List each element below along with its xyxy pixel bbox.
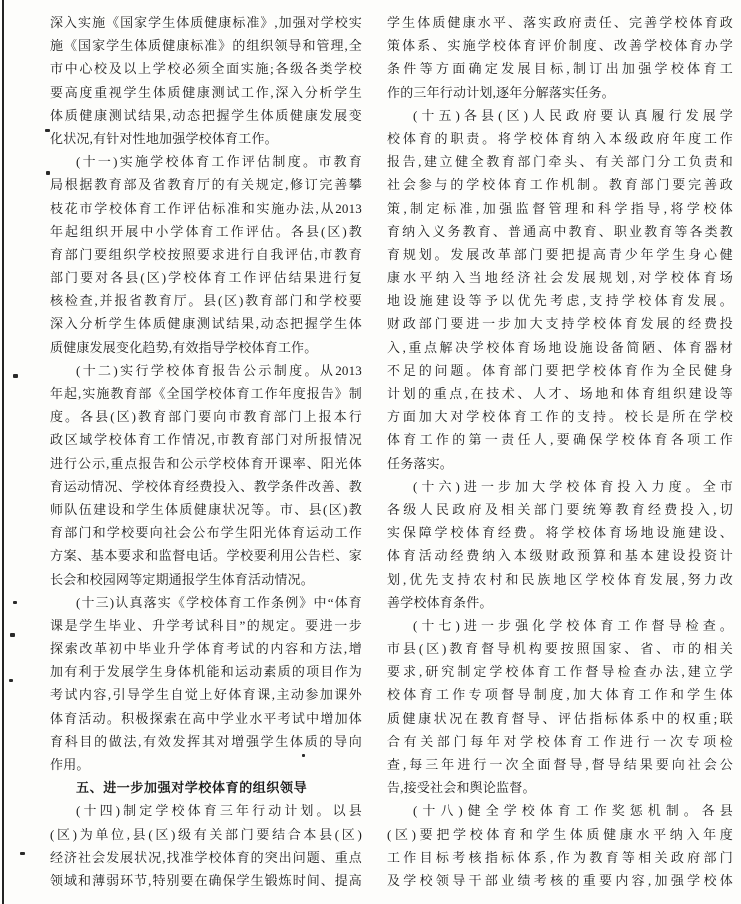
text-column-left: 深入实施《国家学生体质健康标准》,加强对学校实施《国家学生体质健康标准》的组织领… bbox=[50, 11, 362, 892]
text-line: 长会和校园网等定期通报学生体育活动情况。 bbox=[50, 568, 362, 591]
text-line: 要求,研究制定学校体育工作督导检查办法,建立学 bbox=[387, 660, 733, 683]
text-line: 育纳入义务教育、普通高中教育、职业教育等各类教 bbox=[387, 220, 733, 243]
text-line: 作的三年行动计划,逐年分解落实任务。 bbox=[387, 81, 733, 104]
text-line: 财政部门要进一步加大支持学校体育发展的经费投 bbox=[387, 312, 733, 335]
text-line: 深入实施《国家学生体质健康标准》,加强对学校实 bbox=[50, 11, 362, 34]
text-line: 工作目标考核指标体系,作为教育等相关政府部门 bbox=[387, 846, 733, 869]
text-line: 体质健康测试结果,动态把握学生体质健康发展变 bbox=[50, 104, 362, 127]
text-column-right: 学生体质健康水平、落实政府责任、完善学校体育政策体系、实施学校体育评价制度、改善… bbox=[387, 11, 733, 892]
scan-speck-artifact bbox=[302, 754, 305, 757]
text-line: 体育工作的第一责任人,要确保学校体育各项工作 bbox=[387, 428, 733, 451]
text-line: 合有关部门每年对学校体育工作进行一次专项检 bbox=[387, 730, 733, 753]
scan-speck-artifact bbox=[45, 129, 50, 132]
text-line: 体育活动。积极探索在高中学业水平考试中增加体 bbox=[50, 707, 362, 730]
text-line: 各级人民政府及相关部门要统筹教育经费投入,切 bbox=[387, 498, 733, 521]
scan-speck-artifact bbox=[13, 601, 17, 604]
text-line: (区)要把学校体育和学生体质健康水平纳入年度 bbox=[387, 823, 733, 846]
text-line: 师队伍建设和学生体质健康状况等。市、县(区)教 bbox=[50, 498, 362, 521]
text-line: 校体育的职责。将学校体育纳入本级政府年度工作 bbox=[387, 127, 733, 150]
text-line: 育部门和学校要向社会公布学生阳光体育运动工作 bbox=[50, 521, 362, 544]
text-line: 枝花市学校体育工作评估标准和实施办法,从2013 bbox=[50, 197, 362, 220]
text-line: 社会参与的学校体育工作机制。教育部门要完善政 bbox=[387, 173, 733, 196]
text-line: 化状况,有针对性地加强学校体育工作。 bbox=[50, 127, 362, 150]
text-line: (区)为单位,县(区)级有关部门要结合本县(区) bbox=[50, 823, 362, 846]
scan-speck-artifact bbox=[20, 852, 25, 855]
scan-speck-artifact bbox=[10, 633, 15, 637]
text-line: 质健康发展变化趋势,有效指导学校体育工作。 bbox=[50, 336, 362, 359]
scan-speck-artifact bbox=[9, 679, 13, 682]
text-line: (十一)实施学校体育工作评估制度。市教育 bbox=[50, 150, 362, 173]
text-line: 年起组织开展中小学体育工作评估。各县(区)教 bbox=[50, 220, 362, 243]
text-line: 探索改革初中毕业升学体育考试的内容和方法,增 bbox=[50, 637, 362, 660]
text-line: (十八)健全学校体育工作奖惩机制。各县 bbox=[387, 799, 733, 822]
text-line: 经济社会发展状况,找准学校体育的突出问题、重点 bbox=[50, 846, 362, 869]
text-line: 及学校领导干部业绩考核的重要内容,加强学校体 bbox=[387, 869, 733, 892]
text-line: 施《国家学生体质健康标准》的组织领导和管理,全 bbox=[50, 34, 362, 57]
scan-speck-artifact bbox=[13, 374, 18, 378]
text-line: 康水平纳入当地经济社会发展规划,对学校体育场 bbox=[387, 266, 733, 289]
text-line: (十六)进一步加大学校体育投入力度。全市 bbox=[387, 475, 733, 498]
text-line: (十二)实行学校体育报告公示制度。从2013 bbox=[50, 359, 362, 382]
text-line: 要高度重视学生体质健康测试工作,深入分析学生 bbox=[50, 81, 362, 104]
text-line: 查,每三年进行一次全面督导,督导结果要向社会公 bbox=[387, 753, 733, 776]
text-line: 育部门要组织学校按照要求进行自我评估,市教育 bbox=[50, 243, 362, 266]
text-line: 入,重点解决学校体育场地设施设备简陋、体育器材 bbox=[387, 336, 733, 359]
text-line: 实保障学校体育经费。将学校体育场地设施建设、 bbox=[387, 521, 733, 544]
text-line: 告,接受社会和舆论监督。 bbox=[387, 776, 733, 799]
text-line: 善学校体育条件。 bbox=[387, 591, 733, 614]
text-line: 计划的重点,在技术、人才、场地和体育组织建设等 bbox=[387, 382, 733, 405]
text-line: 作用。 bbox=[50, 753, 362, 776]
text-line: 进行公示,重点报告和公示学校体育开课率、阳光体 bbox=[50, 452, 362, 475]
text-line: 考试内容,引导学生自觉上好体育课,主动参加课外 bbox=[50, 683, 362, 706]
text-line: 核检查,并报省教育厅。县(区)教育部门和学校要 bbox=[50, 289, 362, 312]
scan-binding-edge-artifact bbox=[2, 0, 4, 904]
text-line: 质健康状况在教育督导、评估指标体系中的权重;联 bbox=[387, 707, 733, 730]
text-line: 育科目的做法,有效发挥其对增强学生体质的导向 bbox=[50, 730, 362, 753]
text-line: 市中心校及以上学校必须全面实施;各级各类学校 bbox=[50, 57, 362, 80]
text-line: 领域和薄弱环节,特别要在确保学生锻炼时间、提高 bbox=[50, 869, 362, 892]
text-line: (十五)各县(区)人民政府要认真履行发展学 bbox=[387, 104, 733, 127]
text-line: 加有利于发展学生身体机能和运动素质的项目作为 bbox=[50, 660, 362, 683]
text-line: 市县(区)教育督导机构要按照国家、省、市的相关 bbox=[387, 637, 733, 660]
text-line: 任务落实。 bbox=[387, 452, 733, 475]
scan-speck-artifact bbox=[46, 171, 50, 175]
text-line: 政区域学校体育工作情况,市教育部门对所报情况 bbox=[50, 428, 362, 451]
scanned-document-page: 深入实施《国家学生体质健康标准》,加强对学校实施《国家学生体质健康标准》的组织领… bbox=[0, 0, 741, 904]
text-line: 育运动情况、学校体育经费投入、教学条件改善、教 bbox=[50, 475, 362, 498]
text-line: (十四)制定学校体育三年行动计划。以县 bbox=[50, 799, 362, 822]
text-line: 课是学生毕业、升学考试科目”的规定。要进一步 bbox=[50, 614, 362, 637]
text-line: 条件等方面确定发展目标,制订出加强学校体育工 bbox=[387, 57, 733, 80]
text-line: 育规划。发展改革部门要把提高青少年学生身心健 bbox=[387, 243, 733, 266]
text-line: (十七)进一步强化学校体育工作督导检查。 bbox=[387, 614, 733, 637]
text-line: 方案、基本要求和监督电话。学校要利用公告栏、家 bbox=[50, 544, 362, 567]
text-line: 深入分析学生体质健康测试结果,动态把握学生体 bbox=[50, 312, 362, 335]
text-line: (十三)认真落实《学校体育工作条例》中“体育 bbox=[50, 591, 362, 614]
text-line: 策体系、实施学校体育评价制度、改善学校体育办学 bbox=[387, 34, 733, 57]
text-line: 报告,建立健全教育部门牵头、有关部门分工负责和 bbox=[387, 150, 733, 173]
text-line: 学生体质健康水平、落实政府责任、完善学校体育政 bbox=[387, 11, 733, 34]
text-line: 校体育工作专项督导制度,加大体育工作和学生体 bbox=[387, 683, 733, 706]
text-line: 局根据教育部及省教育厅的有关规定,修订完善攀 bbox=[50, 173, 362, 196]
text-line: 方面加大对学校体育工作的支持。校长是所在学校 bbox=[387, 405, 733, 428]
text-line: 体育活动经费纳入本级财政预算和基本建设投资计 bbox=[387, 544, 733, 567]
text-line: 部门要对各县(区)学校体育工作评估结果进行复 bbox=[50, 266, 362, 289]
text-line: 五、进一步加强对学校体育的组织领导 bbox=[50, 776, 362, 799]
text-line: 策,制定标准,加强监督管理和科学指导,将学校体 bbox=[387, 197, 733, 220]
text-line: 度。各县(区)教育部门要向市教育部门上报本行 bbox=[50, 405, 362, 428]
text-line: 地设施建设等予以优先考虑,支持学校体育发展。 bbox=[387, 289, 733, 312]
text-line: 划,优先支持农村和民族地区学校体育发展,努力改 bbox=[387, 568, 733, 591]
text-line: 年起,实施教育部《全国学校体育工作年度报告》制 bbox=[50, 382, 362, 405]
two-column-text-layout: 深入实施《国家学生体质健康标准》,加强对学校实施《国家学生体质健康标准》的组织领… bbox=[0, 0, 741, 892]
text-line: 不足的问题。体育部门要把学校体育作为全民健身 bbox=[387, 359, 733, 382]
